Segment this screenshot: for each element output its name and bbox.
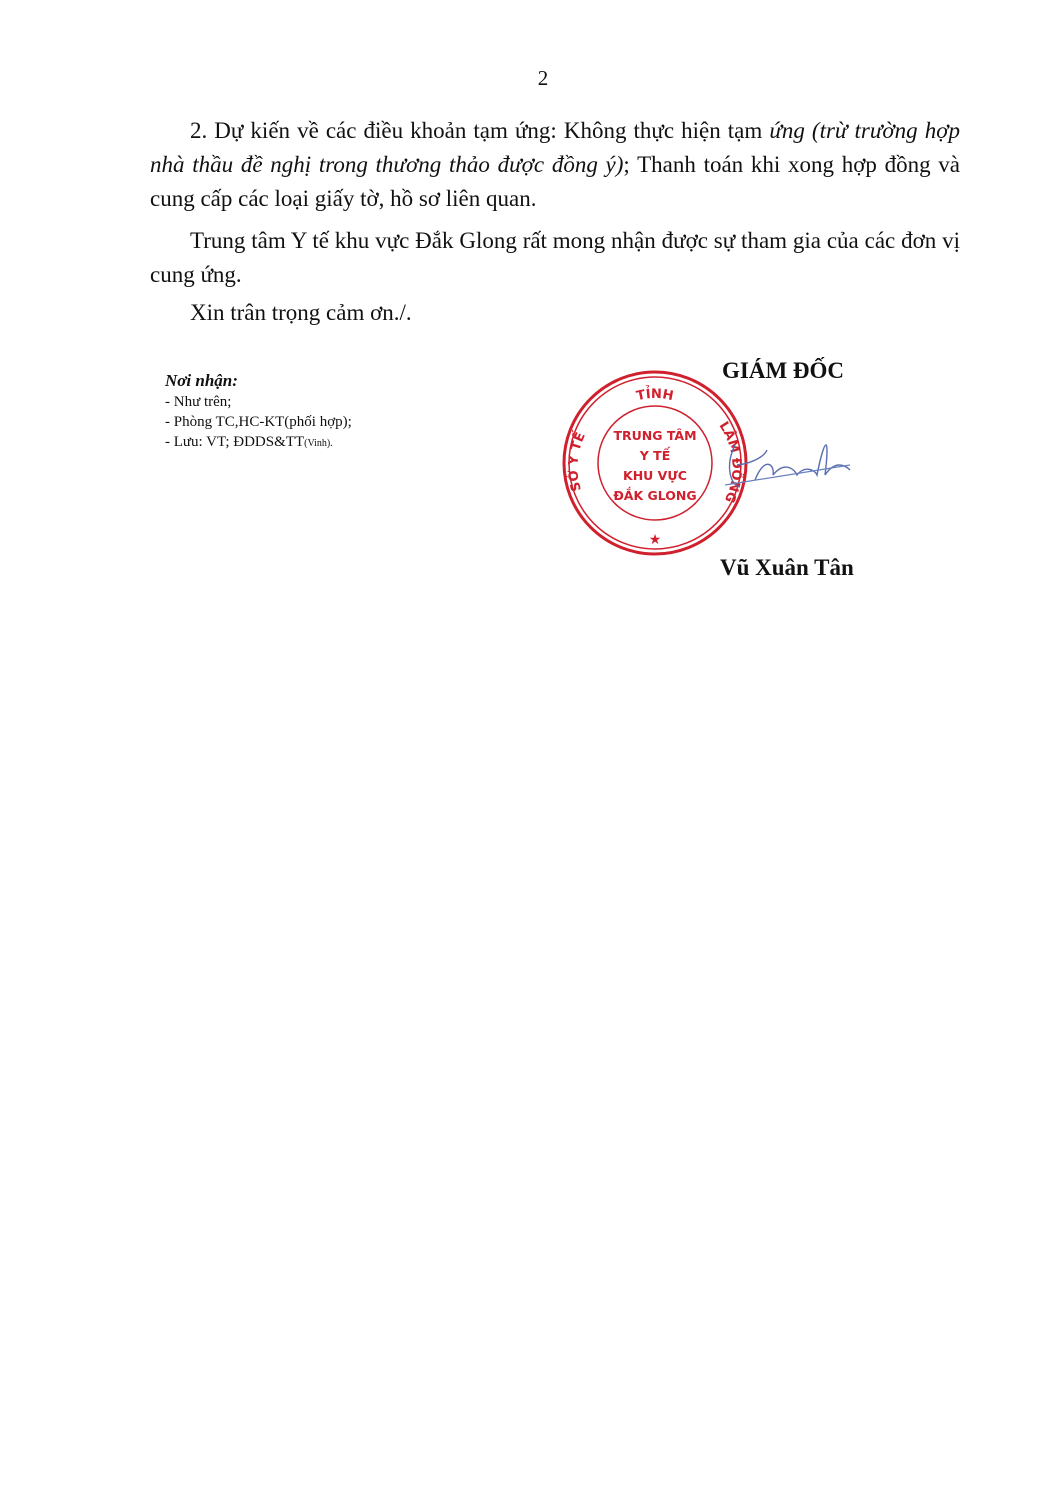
recipient-item: - Phòng TC,HC-KT(phối hợp); [165, 412, 352, 432]
recipients-title: Nơi nhận: [165, 370, 352, 392]
svg-text:TỈNH: TỈNH [635, 385, 674, 404]
p1-prefix: 2. Dự kiến về các điều khoản tạm ứng: Kh… [190, 118, 769, 143]
svg-text:KHU VỰC: KHU VỰC [623, 468, 687, 483]
paragraph-thanks: Xin trân trọng cảm ơn./. [150, 296, 960, 330]
recipients-block: Nơi nhận: - Như trên; - Phòng TC,HC-KT(p… [165, 370, 352, 454]
svg-text:ĐẮK GLONG: ĐẮK GLONG [613, 487, 696, 503]
svg-text:Y TẾ: Y TẾ [639, 447, 671, 463]
paragraph-invitation: Trung tâm Y tế khu vực Đắk Glong rất mon… [150, 224, 960, 292]
paragraph-advance-terms: 2. Dự kiến về các điều khoản tạm ứng: Kh… [150, 114, 960, 216]
official-stamp: TỈNH SỞ Y TẾ LÂM ĐỒNG TRUNG TÂM Y TẾ KHU… [560, 368, 750, 558]
signer-name: Vũ Xuân Tân [720, 555, 854, 581]
handwritten-signature [725, 425, 865, 505]
svg-text:TRUNG TÂM: TRUNG TÂM [613, 428, 696, 443]
recipient-item: - Lưu: VT; ĐDDS&TT(Vinh). [165, 432, 352, 454]
page-number: 2 [0, 66, 1061, 91]
star-icon: ★ [649, 532, 662, 548]
recipient-item: - Như trên; [165, 392, 352, 412]
recipient-suffix: (Vinh). [304, 438, 333, 449]
